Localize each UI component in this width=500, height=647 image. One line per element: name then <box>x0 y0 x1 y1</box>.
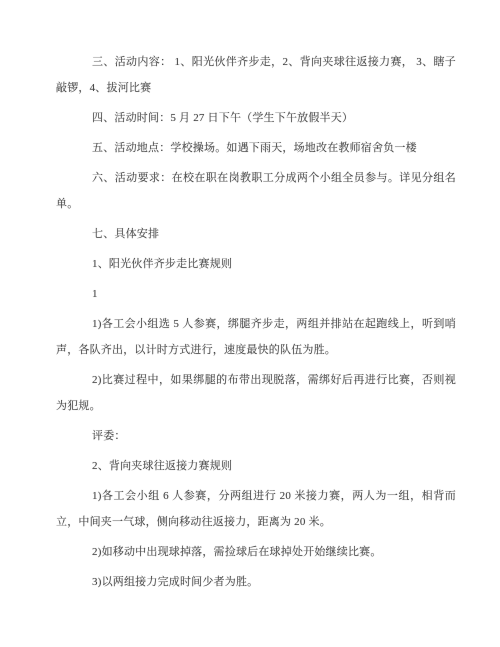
paragraph-section6-activity-requirements: 六、活动要求：在校在职在岗教职工分成两个小组全员参与。详见分组名单。 <box>56 165 456 217</box>
paragraph-walking-race-rule-1: 1)各工会小组选 5 人参赛，绑腿齐步走，两组并排站在起跑线上，听到哨声，各队齐… <box>56 311 456 363</box>
paragraph-walking-race-rule-2: 2)比赛过程中，如果绑腿的布带出现脱落，需绑好后再进行比赛，否则视为犯规。 <box>56 367 456 419</box>
paragraph-judges-label: 评委： <box>56 423 456 449</box>
paragraph-section4-activity-time: 四、活动时间：5 月 27 日下午（学生下午放假半天） <box>56 105 456 131</box>
paragraph-ball-relay-rule-2: 2)如移动中出现球掉落，需捡球后在球掉处开始继续比赛。 <box>56 539 456 565</box>
paragraph-section7-specific-arrangements: 七、具体安排 <box>56 221 456 247</box>
paragraph-standalone-number: 1 <box>56 281 456 307</box>
paragraph-walking-race-rule-title: 1、阳光伙伴齐步走比赛规则 <box>56 251 456 277</box>
paragraph-ball-relay-rule-1: 1)各工会小组 6 人参赛，分两组进行 20 米接力赛，两人为一组，相背而立，中… <box>56 483 456 535</box>
document-page: 三、活动内容： 1、阳光伙伴齐步走，2、背向夹球往返接力赛， 3、瞎子敲锣，4、… <box>0 0 500 647</box>
paragraph-ball-relay-rule-3: 3)以两组接力完成时间少者为胜。 <box>56 569 456 595</box>
paragraph-ball-relay-rule-title: 2、背向夹球往返接力赛规则 <box>56 453 456 479</box>
paragraph-section5-activity-location: 五、活动地点：学校操场。如遇下雨天，场地改在教师宿舍负一楼 <box>56 135 456 161</box>
paragraph-section3-activity-content: 三、活动内容： 1、阳光伙伴齐步走，2、背向夹球往返接力赛， 3、瞎子敲锣，4、… <box>56 49 456 101</box>
